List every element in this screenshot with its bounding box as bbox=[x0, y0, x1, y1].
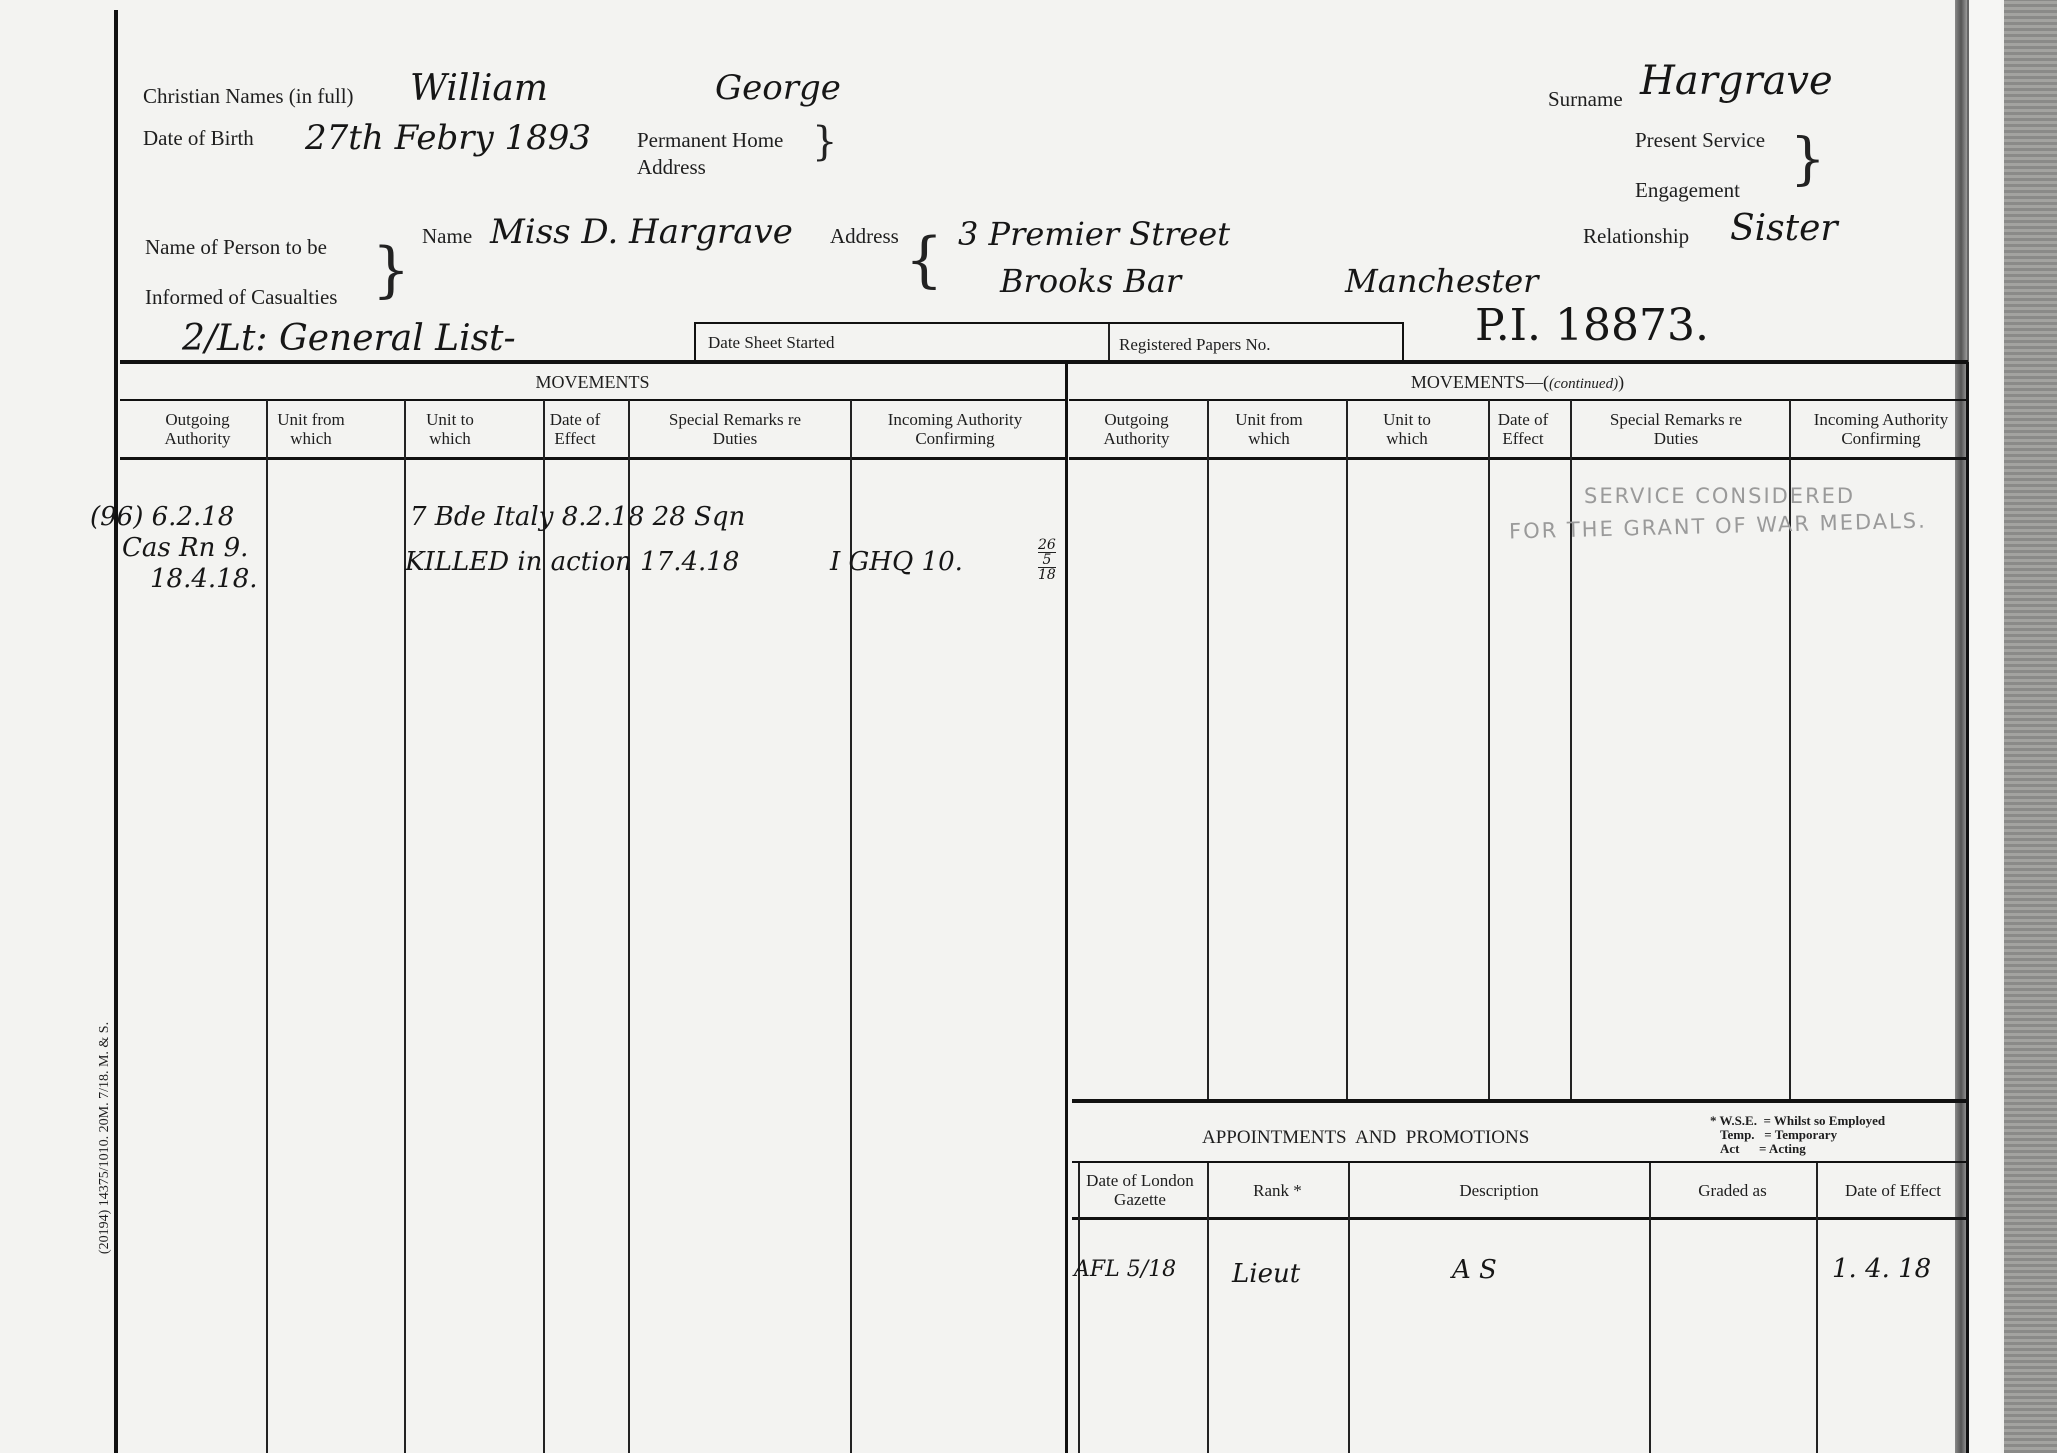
appt-gazette-value: AFL 5/18 bbox=[1074, 1257, 1176, 1282]
movement-entry-incoming: I GHQ 10. bbox=[830, 547, 963, 577]
col2-date-of-effect: Date of Effect bbox=[1493, 410, 1553, 448]
legend-temp: Temp. = Temporary bbox=[1710, 1128, 1885, 1142]
date-sheet-started-label: Date Sheet Started bbox=[708, 333, 835, 353]
appt-divider-3 bbox=[1649, 1163, 1651, 1453]
frac-bot: 18 bbox=[1038, 567, 1056, 582]
col-unit-from: Unit from which bbox=[276, 410, 346, 448]
appt-date-of-effect-value: 1. 4. 18 bbox=[1832, 1254, 1931, 1284]
movements-continued-header-rule bbox=[1069, 457, 1966, 460]
movement-entry-row-1: 7 Bde Italy 8.2.18 28 Sqn bbox=[410, 502, 745, 532]
appointments-legend: * W.S.E. = Whilst so Employed Temp. = Te… bbox=[1710, 1114, 1885, 1156]
appointments-table: APPOINTMENTS AND PROMOTIONS * W.S.E. = W… bbox=[1072, 1099, 1969, 1453]
movements-table: MOVEMENTS Outgoing Authority Unit from w… bbox=[120, 362, 1067, 1453]
nok-name-value: Miss D. Hargrave bbox=[490, 212, 793, 252]
col-incoming-authority: Incoming Authority Confirming bbox=[860, 410, 1050, 448]
col2-unit-from: Unit from which bbox=[1234, 410, 1304, 448]
appt-divider-0 bbox=[1078, 1163, 1080, 1453]
movements-right-border bbox=[1065, 362, 1068, 1453]
col-graded-as: Graded as bbox=[1650, 1181, 1815, 1200]
nok-address-brace: { bbox=[905, 215, 943, 305]
appt-rank-value: Lieut bbox=[1232, 1259, 1300, 1289]
page-edge-white bbox=[1967, 0, 2001, 1453]
medals-stamp-line-1: SERVICE CONSIDERED bbox=[1584, 484, 1855, 508]
col-date-of-effect: Date of Effect bbox=[545, 410, 605, 448]
present-service-label: Present Service bbox=[1635, 128, 1765, 153]
christian-names-value-2: George bbox=[715, 68, 841, 108]
date-of-birth-label: Date of Birth bbox=[143, 126, 254, 151]
left-border-line bbox=[114, 10, 118, 1453]
frac-top: 26 bbox=[1038, 538, 1056, 552]
relationship-value: Sister bbox=[1730, 208, 1838, 249]
permanent-home-label-2: Address bbox=[637, 154, 783, 181]
service-brace: } bbox=[1790, 120, 1826, 200]
appt-description-value: A S bbox=[1452, 1255, 1497, 1285]
col-appt-date-of-effect: Date of Effect bbox=[1818, 1181, 1968, 1200]
movement-entry-row-2: KILLED in action 17.4.18 bbox=[405, 547, 739, 577]
outgoing-line-3: 18.4.18. bbox=[90, 564, 258, 595]
appointments-title: APPOINTMENTS AND PROMOTIONS bbox=[1202, 1127, 1529, 1149]
movements-title: MOVEMENTS bbox=[120, 372, 1065, 393]
col2-special-remarks: Special Remarks re Duties bbox=[1601, 410, 1751, 448]
nok-address-label: Address bbox=[830, 224, 899, 249]
form-imprint: (20194) 14375/1010. 20M. 7/18. M. & S. bbox=[97, 938, 113, 1338]
appointments-top-rule bbox=[1072, 1099, 1969, 1103]
date-of-birth-value: 27th Febry 1893 bbox=[305, 118, 591, 158]
nok-address-line-3: Manchester bbox=[1345, 262, 1538, 300]
surname-label: Surname bbox=[1548, 87, 1623, 112]
col-unit-to: Unit to which bbox=[420, 410, 480, 448]
nok-address-line-2: Brooks Bar bbox=[1000, 262, 1181, 300]
home-address-brace: } bbox=[812, 122, 837, 162]
legend-act: Act = Acting bbox=[1710, 1142, 1885, 1156]
outgoing-line-2: Cas Rn 9. bbox=[90, 533, 258, 564]
col-description: Description bbox=[1350, 1181, 1648, 1200]
appt-divider-4 bbox=[1816, 1163, 1818, 1453]
col2-divider-2 bbox=[1346, 400, 1348, 1100]
frac-mid: 5 bbox=[1038, 552, 1056, 567]
col2-outgoing-authority: Outgoing Authority bbox=[1089, 410, 1184, 448]
appt-divider-2 bbox=[1348, 1163, 1350, 1453]
movements-continued-title: MOVEMENTS—((continued)) bbox=[1069, 372, 1966, 393]
legend-wse: * W.S.E. = Whilst so Employed bbox=[1710, 1114, 1885, 1128]
movements-title-rule bbox=[120, 399, 1065, 401]
next-of-kin-label-1: Name of Person to be bbox=[145, 222, 337, 272]
registered-papers-label: Registered Papers No. bbox=[1119, 335, 1271, 355]
nok-brace: } bbox=[372, 220, 410, 320]
nok-name-label: Name bbox=[422, 224, 472, 249]
christian-names-value-1: William bbox=[410, 68, 548, 109]
col-london-gazette: Date of London Gazette bbox=[1076, 1171, 1204, 1209]
registry-divider bbox=[1108, 324, 1110, 360]
movement-entry-incoming-date: 26 5 18 bbox=[1038, 538, 1056, 582]
relationship-label: Relationship bbox=[1583, 224, 1689, 249]
next-of-kin-label: Name of Person to be Informed of Casualt… bbox=[145, 222, 337, 322]
rank-unit-value: 2/Lt: General List- bbox=[182, 318, 516, 359]
engagement-label: Engagement bbox=[1635, 178, 1740, 203]
movements-continued-table: MOVEMENTS—((continued)) Outgoing Authori… bbox=[1069, 362, 1969, 1100]
movement-entry-outgoing: (96) 6.2.18 Cas Rn 9. 18.4.18. bbox=[90, 502, 258, 595]
col2-unit-to: Unit to which bbox=[1377, 410, 1437, 448]
col-rank: Rank * bbox=[1210, 1181, 1345, 1200]
nok-address-line-1: 3 Premier Street bbox=[958, 215, 1230, 253]
next-of-kin-label-2: Informed of Casualties bbox=[145, 272, 337, 322]
outgoing-line-1: (96) 6.2.18 bbox=[90, 502, 258, 533]
movements-continued-title-rule bbox=[1069, 399, 1966, 401]
col-special-remarks: Special Remarks re Duties bbox=[660, 410, 810, 448]
col2-divider-1 bbox=[1207, 400, 1209, 1100]
col-divider-1 bbox=[266, 400, 268, 1453]
col-outgoing-authority: Outgoing Authority bbox=[150, 410, 245, 448]
permanent-home-label: Permanent Home Address bbox=[637, 127, 783, 181]
surname-value: Hargrave bbox=[1640, 58, 1833, 104]
movements-header-rule bbox=[120, 457, 1065, 460]
folder-edge bbox=[2004, 0, 2057, 1453]
pi-number: P.I. 18873. bbox=[1475, 300, 1709, 351]
col2-divider-4 bbox=[1570, 400, 1572, 1100]
appt-divider-1 bbox=[1207, 1163, 1209, 1453]
col2-divider-3 bbox=[1488, 400, 1490, 1100]
col2-incoming-authority: Incoming Authority Confirming bbox=[1791, 410, 1971, 448]
movements-continued-title-main: MOVEMENTS bbox=[1411, 372, 1525, 392]
christian-names-label: Christian Names (in full) bbox=[143, 84, 354, 109]
permanent-home-label-1: Permanent Home bbox=[637, 127, 783, 154]
movements-continued-title-suffix: (continued) bbox=[1549, 376, 1618, 392]
